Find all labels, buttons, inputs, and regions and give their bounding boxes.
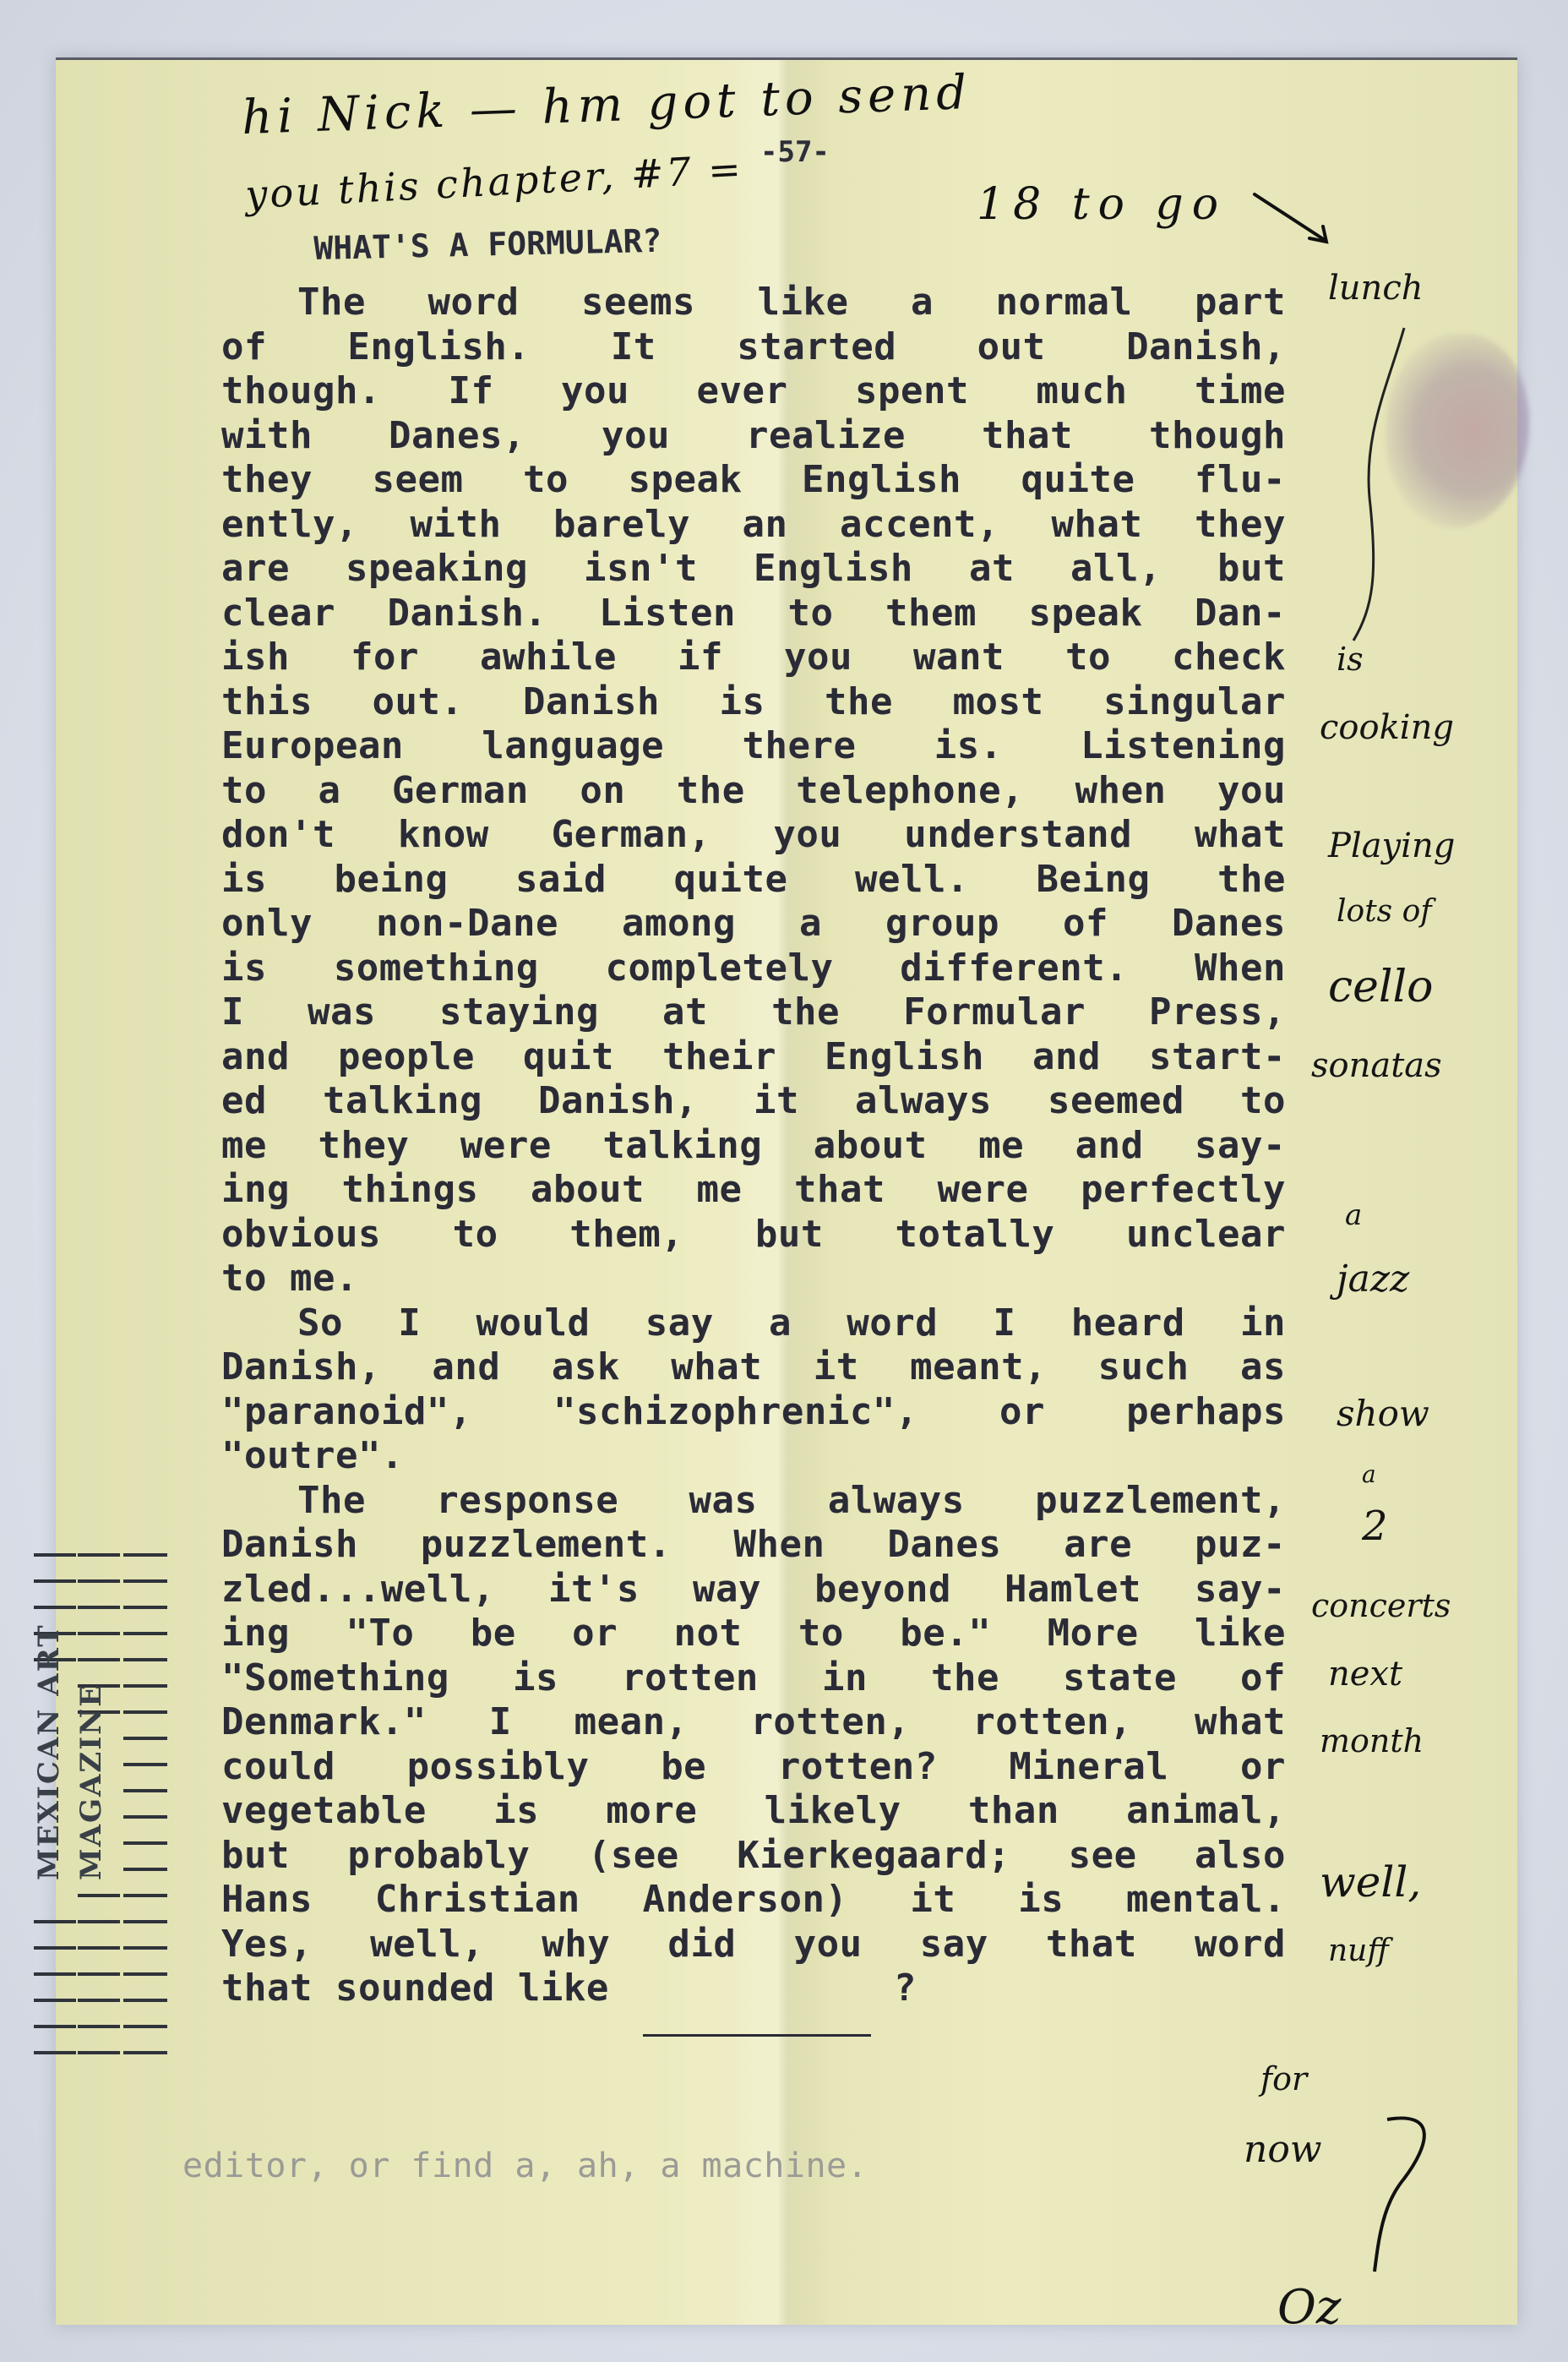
body-line: ently, with barely an accent, what they <box>221 503 1286 548</box>
margin-note-word: 2 <box>1362 1503 1388 1550</box>
margin-note-word: a <box>1345 1198 1362 1232</box>
fill-in-blank <box>643 2000 871 2037</box>
stamp-line-2: MAGAZINE <box>74 1683 108 1880</box>
body-line: though. If you ever spent much time <box>221 369 1286 414</box>
body-line: "Something is rotten in the state of <box>221 1656 1286 1701</box>
margin-bracket-icon <box>1337 319 1438 708</box>
stamp-line-1: MEXICAN ART <box>32 1623 66 1880</box>
margin-note-word: lunch <box>1328 269 1423 308</box>
margin-note-word: Playing <box>1328 826 1455 865</box>
body-line: The response was always puzzlement, <box>221 1479 1286 1524</box>
body-line: Danish puzzlement. When Danes are puz- <box>221 1523 1286 1568</box>
body-line: and people quit their English and start- <box>221 1035 1286 1080</box>
body-line: clear Danish. Listen to them speak Dan- <box>221 592 1286 636</box>
typed-body: The word seems like a normal partof Engl… <box>221 281 1286 2011</box>
body-line: is something completely different. When <box>221 946 1286 991</box>
body-line: they seem to speak English quite flu- <box>221 458 1286 503</box>
margin-note-word: well, <box>1320 1857 1421 1907</box>
body-line: I was staying at the Formular Press, <box>221 990 1286 1035</box>
body-line: "outre". <box>221 1434 1286 1479</box>
margin-note-word: next <box>1328 1655 1402 1694</box>
body-line: this out. Danish is the most singular <box>221 680 1286 725</box>
body-line: Danish, and ask what it meant, such as <box>221 1345 1286 1390</box>
magazine-stamp: MEXICAN ART MAGAZINE <box>25 1546 177 2087</box>
body-line: vegetable is more likely than animal, <box>221 1789 1286 1834</box>
margin-note-word: concerts <box>1311 1587 1451 1624</box>
body-line: only non-Dane among a group of Danes <box>221 902 1286 946</box>
margin-note-word: for <box>1260 2060 1307 2097</box>
body-line: obvious to them, but totally unclear <box>221 1213 1286 1257</box>
body-line: Hans Christian Anderson) it is mental. <box>221 1878 1286 1923</box>
body-line: but probably (see Kierkegaard; see also <box>221 1834 1286 1879</box>
body-line: European language there is. Listening <box>221 724 1286 769</box>
margin-note-word: Oz <box>1277 2280 1341 2335</box>
body-line: Denmark." I mean, rotten, rotten, what <box>221 1700 1286 1745</box>
body-line: ing "To be or not to be." More like <box>221 1612 1286 1656</box>
body-line: could possibly be rotten? Mineral or <box>221 1745 1286 1790</box>
body-line: ish for awhile if you want to check <box>221 636 1286 680</box>
blank-question-mark: ? <box>871 1967 917 2010</box>
body-line: with Danes, you realize that though <box>221 414 1286 459</box>
margin-note-word: sonatas <box>1311 1046 1442 1085</box>
body-line: "paranoid", "schizophrenic", or perhaps <box>221 1390 1286 1435</box>
body-line: ing things about me that were perfectly <box>221 1168 1286 1213</box>
body-line: The word seems like a normal part <box>221 281 1286 325</box>
margin-note-word: show <box>1337 1393 1429 1434</box>
margin-note-word: month <box>1320 1722 1424 1759</box>
margin-note-word: lots of <box>1337 894 1432 929</box>
body-line: Yes, well, why did you say that word <box>221 1923 1286 1967</box>
signature-arrow-icon <box>1337 2111 1472 2280</box>
margin-note-word: a <box>1362 1460 1376 1488</box>
bleed-through-text: editor, or find a, ah, a machine. <box>182 2147 868 2185</box>
handwritten-remaining-count: 18 to go <box>977 179 1227 230</box>
margin-note-word: now <box>1244 2128 1322 2171</box>
body-line: of English. It started out Danish, <box>221 325 1286 370</box>
margin-note-word: cello <box>1328 962 1433 1012</box>
body-line: ed talking Danish, it always seemed to <box>221 1079 1286 1124</box>
body-line: to me. <box>221 1257 1286 1301</box>
body-line: that sounded like ? <box>221 1967 1286 2011</box>
body-line: zled...well, it's way beyond Hamlet say- <box>221 1568 1286 1612</box>
margin-note-word: nuff <box>1328 1934 1389 1968</box>
margin-note-word: cooking <box>1320 708 1454 747</box>
margin-note-word: jazz <box>1337 1257 1409 1301</box>
handwritten-arrow-icon <box>1250 188 1335 255</box>
body-line: are speaking isn't English at all, but <box>221 547 1286 592</box>
body-line: don't know German, you understand what <box>221 813 1286 858</box>
body-line: me they were talking about me and say- <box>221 1124 1286 1169</box>
body-line: to a German on the telephone, when you <box>221 769 1286 814</box>
body-line: is being said quite well. Being the <box>221 858 1286 903</box>
body-line: So I would say a word I heard in <box>221 1301 1286 1346</box>
page-number: -57- <box>760 135 830 169</box>
chapter-heading: WHAT'S A FORMULAR? <box>313 222 662 267</box>
